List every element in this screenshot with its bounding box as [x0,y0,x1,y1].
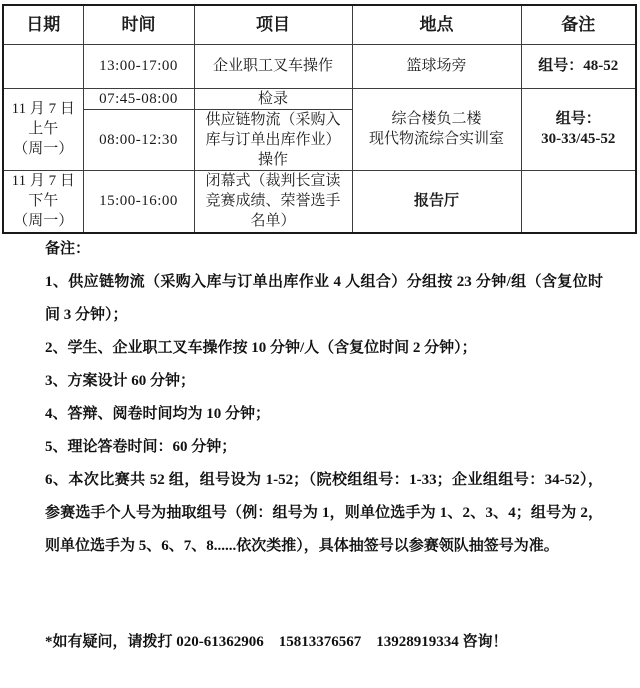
afternoon-date-cell: 11 月 7 日 下午 （周一） [3,170,83,233]
note-item-3: 3、方案设计 60 分钟； [45,365,603,398]
note-item-4: 4、答辩、阅卷时间均为 10 分钟； [45,398,603,431]
closing-place-cell: 报告厅 [352,170,521,233]
table-row-closing: 11 月 7 日 下午 （周一） 15:00-16:00 闭幕式（裁判长宣读 竞… [3,170,636,233]
forklift-time-cell: 13:00-17:00 [83,44,194,88]
notes-title: 备注： [45,233,603,266]
forklift-item-cell: 企业职工叉车操作 [194,44,352,88]
contact-footer: *如有疑问，请拨打 020-61362906 15813376567 13928… [45,630,605,651]
note-item-1: 1、供应链物流（采购入库与订单出库作业 4 人组合）分组按 23 分钟/组（含复… [45,266,603,332]
morning-remark-cell: 组号： 30-33/45-52 [521,88,636,170]
notes-section: 备注： 1、供应链物流（采购入库与订单出库作业 4 人组合）分组按 23 分钟/… [45,233,603,563]
header-time: 时间 [83,5,194,44]
checkin-time-cell: 07:45-08:00 [83,88,194,109]
logistics-item-cell: 供应链物流（采购入 库与订单出库作业） 操作 [194,109,352,170]
closing-item-cell: 闭幕式（裁判长宣读 竞赛成绩、荣誉选手 名单） [194,170,352,233]
header-item: 项目 [194,5,352,44]
forklift-place-cell: 篮球场旁 [352,44,521,88]
table-header-row: 日期 时间 项目 地点 备注 [3,5,636,44]
forklift-date-cell [3,44,83,88]
closing-remark-cell [521,170,636,233]
forklift-remark-cell: 组号：48-52 [521,44,636,88]
checkin-item-cell: 检录 [194,88,352,109]
table-row-forklift: 13:00-17:00 企业职工叉车操作 篮球场旁 组号：48-52 [3,44,636,88]
closing-time-cell: 15:00-16:00 [83,170,194,233]
header-date: 日期 [3,5,83,44]
morning-place-cell: 综合楼负二楼 现代物流综合实训室 [352,88,521,170]
morning-date-cell: 11 月 7 日 上午 （周一） [3,88,83,170]
header-remark: 备注 [521,5,636,44]
logistics-time-cell: 08:00-12:30 [83,109,194,170]
note-item-6: 6、本次比赛共 52 组，组号设为 1-52；（院校组组号：1-33；企业组组号… [45,464,603,563]
note-item-2: 2、学生、企业职工叉车操作按 10 分钟/人（含复位时间 2 分钟）； [45,332,603,365]
schedule-table: 日期 时间 项目 地点 备注 13:00-17:00 企业职工叉车操作 篮球场旁… [2,4,637,234]
table-row-checkin: 11 月 7 日 上午 （周一） 07:45-08:00 检录 综合楼负二楼 现… [3,88,636,109]
note-item-5: 5、理论答卷时间：60 分钟； [45,431,603,464]
header-place: 地点 [352,5,521,44]
